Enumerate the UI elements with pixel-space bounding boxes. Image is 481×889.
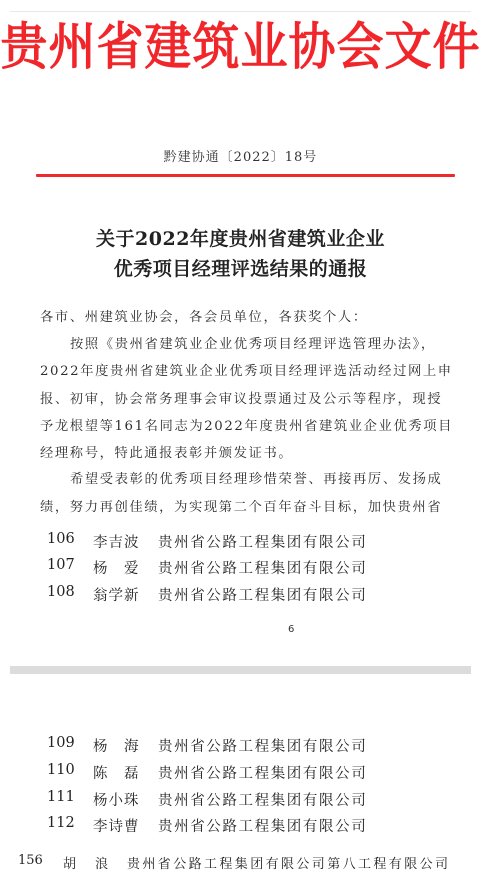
- awardee-number: 112: [47, 815, 75, 831]
- awardee-name: 翁学新: [93, 584, 140, 605]
- awardee-number: 107: [47, 557, 75, 573]
- awardee-row: 156 胡 浪 贵州省公路工程集团有限公司第八工程有限公司: [18, 853, 478, 877]
- awardee-row: 106 李吉波 贵州省公路工程集团有限公司: [47, 531, 447, 555]
- awardee-name: 陈 磊: [93, 762, 140, 783]
- awardee-name: 李吉波: [93, 531, 140, 552]
- awardee-name: 杨 海: [93, 735, 140, 756]
- awardee-company: 贵州省公路工程集团有限公司: [158, 789, 367, 810]
- awardee-number: 156: [18, 853, 43, 868]
- awardee-row: 108 翁学新 贵州省公路工程集团有限公司: [47, 584, 447, 608]
- awardee-company: 贵州省公路工程集团有限公司: [158, 815, 367, 836]
- page-separator: [10, 666, 471, 674]
- paragraph-1-line-4: 予龙根望等161名同志为2022年度贵州省建筑业企业优秀项目: [40, 413, 455, 441]
- paragraph-1-line-3: 报、初审，协会常务理事会审议投票通过及公示等程序，现授: [40, 386, 455, 414]
- paragraph-1-line-5: 经理称号，特此通报表彰并颁发证书。: [40, 440, 455, 468]
- awardee-company: 贵州省公路工程集团有限公司: [158, 584, 367, 605]
- paragraph-1-line-2: 2022年度贵州省建筑业企业优秀项目经理评选活动经过网上申: [40, 358, 455, 386]
- notice-title-line-1: 关于2022年度贵州省建筑业企业: [0, 224, 481, 251]
- page-number: 6: [288, 624, 294, 635]
- awardee-number: 108: [47, 584, 75, 600]
- awardee-name: 杨 爱: [93, 557, 140, 578]
- awardee-company: 贵州省公路工程集团有限公司: [158, 735, 367, 756]
- awardee-name: 李诗曹: [93, 815, 140, 836]
- notice-title-line-2: 优秀项目经理评选结果的通报: [0, 254, 481, 281]
- awardee-number: 111: [47, 789, 75, 805]
- awardee-company: 贵州省公路工程集团有限公司: [158, 762, 367, 783]
- awardee-number: 109: [47, 735, 75, 751]
- salutation: 各市、州建筑业协会，各会员单位，各获奖个人：: [40, 304, 455, 332]
- masthead-title: 贵州省建筑业协会文件: [0, 15, 481, 82]
- awardee-number: 106: [47, 531, 75, 547]
- red-divider-line: [36, 174, 455, 177]
- awardee-number: 110: [47, 762, 75, 778]
- paragraph-1-line-1: 按照《贵州省建筑业企业优秀项目经理评选管理办法》，: [70, 331, 481, 359]
- document-number: 黔建协通〔2022〕18号: [0, 146, 481, 165]
- awardee-row: 107 杨 爱 贵州省公路工程集团有限公司: [47, 557, 447, 581]
- awardee-company: 贵州省公路工程集团有限公司: [158, 531, 367, 552]
- awardee-row: 109 杨 海 贵州省公路工程集团有限公司: [47, 735, 447, 759]
- awardee-name: 胡 浪: [63, 853, 111, 872]
- awardee-company: 贵州省公路工程集团有限公司第八工程有限公司: [127, 853, 450, 872]
- awardee-row: 110 陈 磊 贵州省公路工程集团有限公司: [47, 762, 447, 786]
- awardee-row: 112 李诗曹 贵州省公路工程集团有限公司: [47, 815, 447, 839]
- awardee-name: 杨小珠: [93, 789, 140, 810]
- paragraph-2-line-2: 绩，努力再创佳绩，为实现第二个百年奋斗目标，加快贵州省: [40, 494, 455, 522]
- awardee-company: 贵州省公路工程集团有限公司: [158, 557, 367, 578]
- page-top-border: [10, 11, 471, 12]
- paragraph-2-line-1: 希望受表彰的优秀项目经理珍惜荣誉、再接再厉、发扬成: [70, 466, 481, 494]
- awardee-row: 111 杨小珠 贵州省公路工程集团有限公司: [47, 789, 447, 813]
